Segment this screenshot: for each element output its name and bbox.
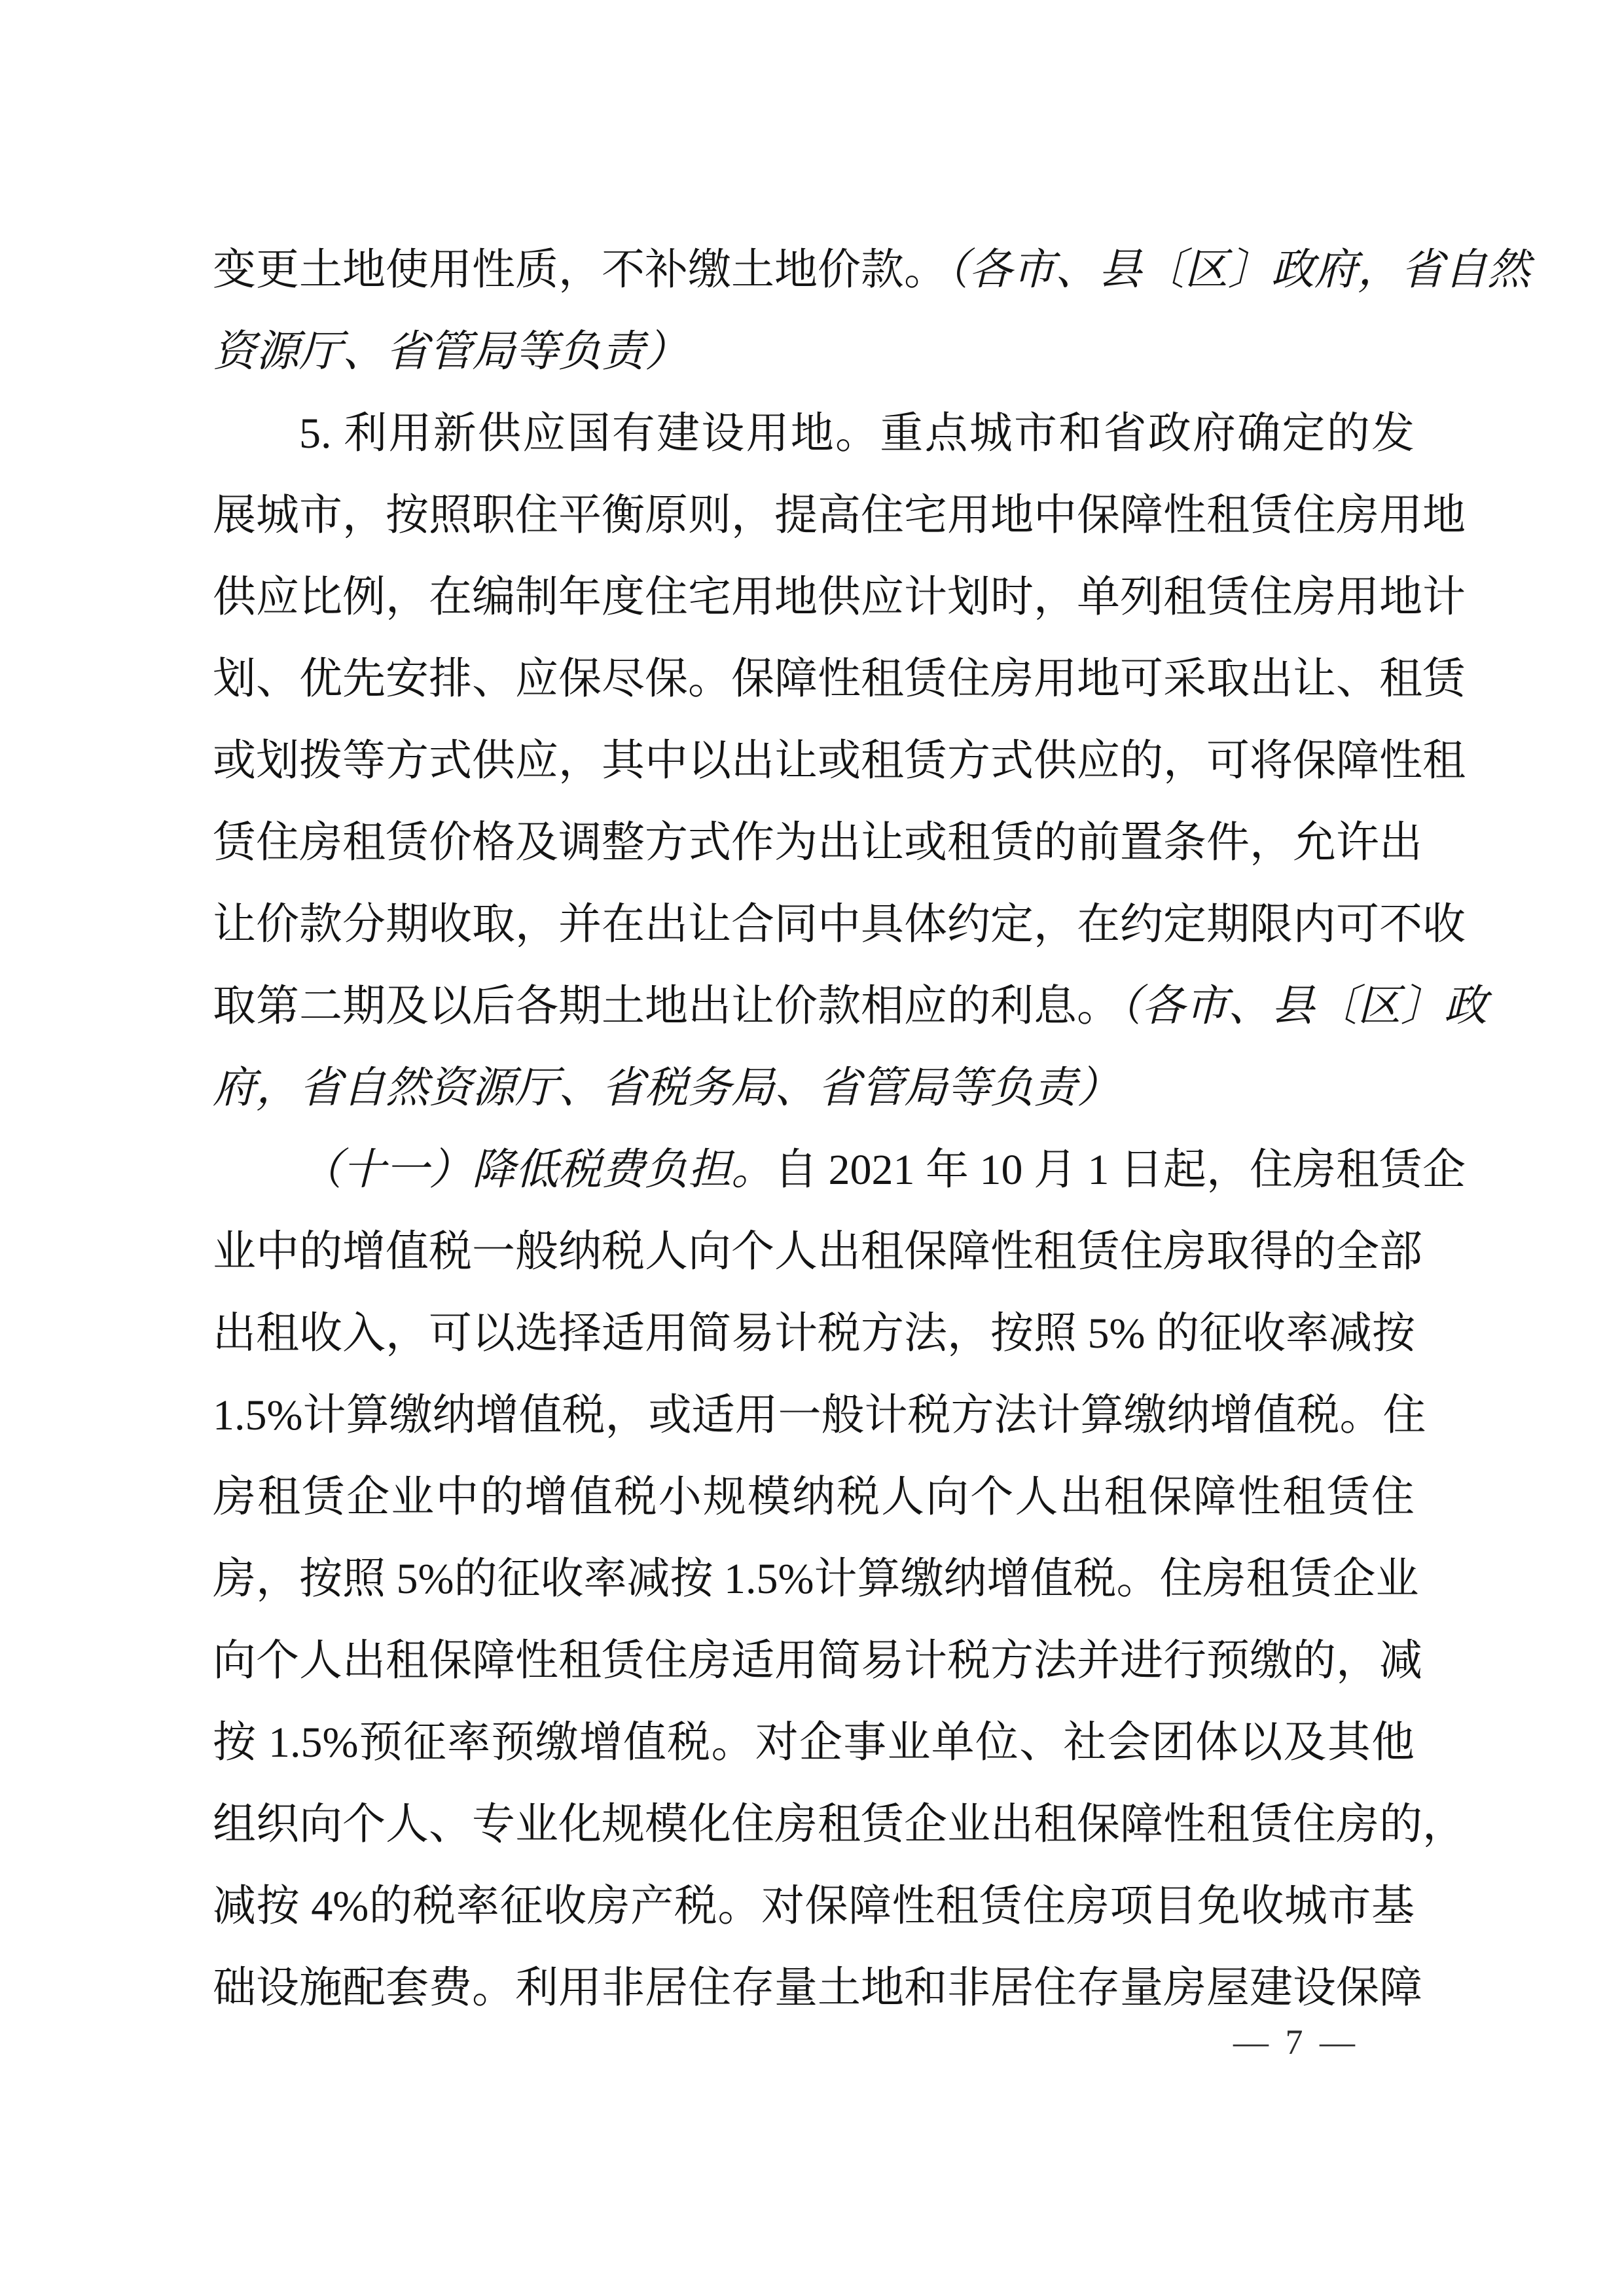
text-line: 供应比例，在编制年度住宅用地供应计划时，单列租赁住房用地计	[213, 556, 1415, 638]
body-segment: 5. 利用新供应国有建设用地。重点城市和省政府确定的发	[299, 410, 1415, 457]
body-segment: 房租赁企业中的增值税小规模纳税人向个人出租保障性租赁住	[213, 1473, 1415, 1521]
text-line: 1.5%计算缴纳增值税，或适用一般计税方法计算缴纳增值税。住	[213, 1374, 1415, 1456]
text-line: 划、优先安排、应保尽保。保障性租赁住房用地可采取出让、租赁	[213, 638, 1415, 720]
body-segment: 房，按照 5%的征收率减按 1.5%计算缴纳增值税。住房租赁企业	[213, 1555, 1418, 1603]
page-number: — 7 —	[1211, 2016, 1381, 2068]
body-segment: 让价款分期收取，并在出让合同中具体约定，在约定期限内可不收	[213, 901, 1466, 948]
body-segment: 1.5%计算缴纳增值税，或适用一般计税方法计算缴纳增值税。住	[213, 1391, 1426, 1439]
body-segment: 取第二期及以后各期土地出让价款相应的利息。	[213, 982, 1120, 1030]
text-line: 按 1.5%预征率预缴增值税。对企事业单位、社会团体以及其他	[213, 1702, 1415, 1784]
text-line: 向个人出租保障性租赁住房适用简易计税方法并进行预缴的，减	[213, 1620, 1415, 1702]
text-line: 房，按照 5%的征收率减按 1.5%计算缴纳增值税。住房租赁企业	[213, 1538, 1415, 1620]
text-line: 展城市，按照职住平衡原则，提高住宅用地中保障性租赁住房用地	[213, 475, 1415, 556]
text-line: 让价款分期收取，并在出让合同中具体约定，在约定期限内可不收	[213, 884, 1415, 965]
document-body: 变更土地使用性质，不补缴土地价款。（各市、县〔区〕政府，省自然资源厅、省管局等负…	[213, 229, 1415, 2029]
kai-segment: （各市、县〔区〕政府，省自然	[947, 246, 1530, 294]
text-line: 取第二期及以后各期土地出让价款相应的利息。（各市、县〔区〕政	[213, 965, 1415, 1047]
body-segment: 或划拨等方式供应，其中以出让或租赁方式供应的，可将保障性租	[213, 737, 1466, 785]
document-page: 变更土地使用性质，不补缴土地价款。（各市、县〔区〕政府，省自然资源厅、省管局等负…	[0, 0, 1624, 2296]
body-segment: 减按 4%的税率征收房产税。对保障性租赁住房项目免收城市基	[213, 1882, 1415, 1930]
kai-segment: （十一）降低税费负担。	[299, 1146, 774, 1194]
body-segment: 出租收入，可以选择适用简易计税方法，按照 5% 的征收率减按	[213, 1310, 1415, 1357]
text-line: 府，省自然资源厅、省税务局、省管局等负责）	[213, 1047, 1415, 1129]
text-line: 5. 利用新供应国有建设用地。重点城市和省政府确定的发	[213, 393, 1415, 475]
body-segment: 供应比例，在编制年度住宅用地供应计划时，单列租赁住房用地计	[213, 573, 1466, 621]
body-segment: 自 2021 年 10 月 1 日起，住房租赁企	[774, 1146, 1466, 1194]
kai-segment: 资源厅、省管局等负责）	[213, 328, 688, 376]
text-line: （十一）降低税费负担。自 2021 年 10 月 1 日起，住房租赁企	[213, 1129, 1415, 1211]
text-line: 房租赁企业中的增值税小规模纳税人向个人出租保障性租赁住	[213, 1456, 1415, 1538]
text-line: 或划拨等方式供应，其中以出让或租赁方式供应的，可将保障性租	[213, 720, 1415, 802]
text-line: 变更土地使用性质，不补缴土地价款。（各市、县〔区〕政府，省自然	[213, 229, 1415, 311]
body-segment: 业中的增值税一般纳税人向个人出租保障性租赁住房取得的全部	[213, 1228, 1422, 1276]
body-segment: 按 1.5%预征率预缴增值税。对企事业单位、社会团体以及其他	[213, 1719, 1415, 1767]
body-segment: 展城市，按照职住平衡原则，提高住宅用地中保障性租赁住房用地	[213, 492, 1466, 539]
text-line: 资源厅、省管局等负责）	[213, 311, 1415, 393]
body-segment: 赁住房租赁价格及调整方式作为出让或租赁的前置条件，允许出	[213, 819, 1422, 867]
text-line: 减按 4%的税率征收房产税。对保障性租赁住房项目免收城市基	[213, 1865, 1415, 1947]
body-segment: 变更土地使用性质，不补缴土地价款。	[213, 246, 947, 294]
text-line: 赁住房租赁价格及调整方式作为出让或租赁的前置条件，允许出	[213, 802, 1415, 884]
body-segment: 划、优先安排、应保尽保。保障性租赁住房用地可采取出让、租赁	[213, 655, 1466, 703]
body-segment: 组织向个人、专业化规模化住房租赁企业出租保障性租赁住房的，	[213, 1801, 1466, 1848]
text-line: 组织向个人、专业化规模化住房租赁企业出租保障性租赁住房的，	[213, 1784, 1415, 1865]
body-segment: 向个人出租保障性租赁住房适用简易计税方法并进行预缴的，减	[213, 1637, 1422, 1685]
text-line: 业中的增值税一般纳税人向个人出租保障性租赁住房取得的全部	[213, 1211, 1415, 1293]
kai-segment: 府，省自然资源厅、省税务局、省管局等负责）	[213, 1064, 1120, 1112]
body-segment: 础设施配套费。利用非居住存量土地和非居住存量房屋建设保障	[213, 1964, 1422, 2012]
text-line: 出租收入，可以选择适用简易计税方法，按照 5% 的征收率减按	[213, 1293, 1415, 1374]
kai-segment: （各市、县〔区〕政	[1120, 982, 1487, 1030]
